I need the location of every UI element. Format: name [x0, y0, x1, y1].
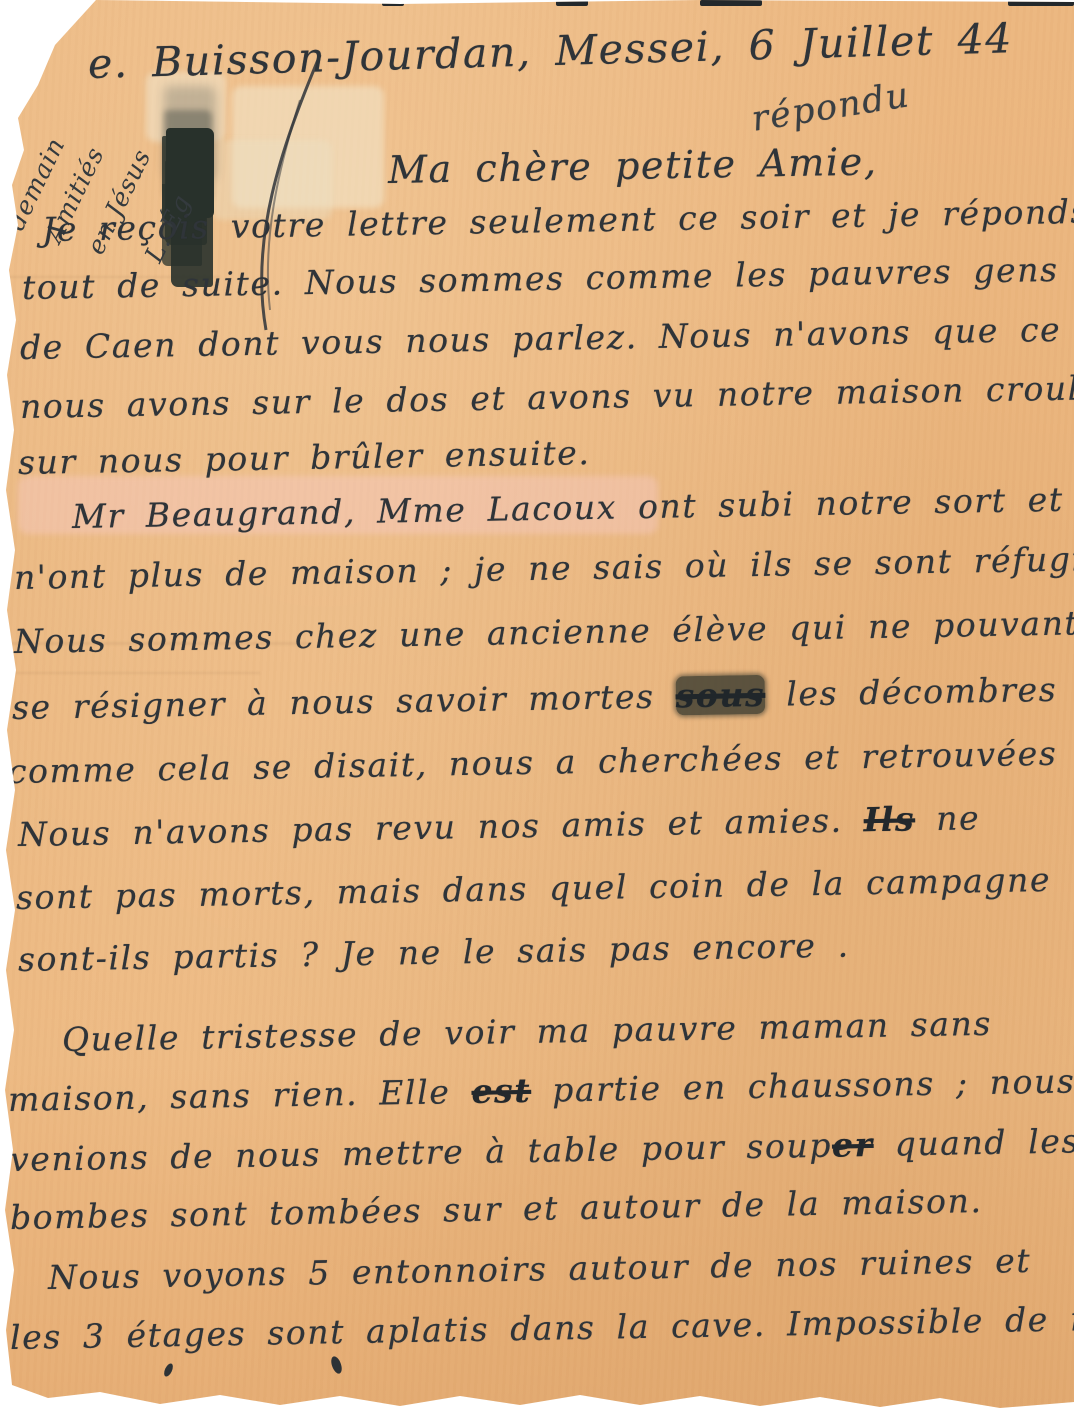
letter-line: nous avons sur le dos et avons vu notre … — [20, 368, 1074, 426]
struck-word: sous — [675, 675, 765, 716]
line-segment: quand les — [873, 1121, 1074, 1164]
letter-paper: demain Amitiés en Jésus L. Ég e. Buisson… — [0, 0, 1074, 1419]
letter-line: venions de nous mettre à table pour soup… — [10, 1121, 1074, 1179]
line-segment: maison, sans rien. Elle — [8, 1072, 472, 1119]
overwritten-word: er — [832, 1125, 874, 1165]
letter-line: sont-ils partis ? Je ne le sais pas enco… — [18, 925, 850, 979]
line-segment: les décombres — [765, 670, 1058, 714]
letter-line: n'ont plus de maison ; je ne sais où ils… — [14, 539, 1074, 597]
letter-line: sont pas morts, mais dans quel coin de l… — [16, 860, 1052, 917]
heading-dateline: e. Buisson-Jourdan, Messei, 6 Juillet 44 — [87, 14, 1013, 88]
letter-line: sur nous pour brûler ensuite. — [18, 433, 591, 482]
scan-streak — [0, 672, 260, 674]
line-segment: ne — [915, 798, 981, 838]
scan-artifact-mark — [382, 0, 404, 6]
line-segment: se résigner à nous savoir mortes — [12, 676, 676, 727]
scan-artifact-mark — [1008, 0, 1074, 6]
letter-line: Nous n'avons pas revu nos amis et amies.… — [18, 798, 981, 854]
overwritten-word: est — [471, 1071, 531, 1111]
salutation: Ma chère petite Amie, — [388, 139, 878, 192]
ink-speck — [329, 1355, 344, 1375]
line-segment: venions de nous mettre à table pour soup — [10, 1126, 833, 1179]
reply-annotation: répondu — [749, 75, 913, 139]
scan-artifact-mark — [700, 0, 762, 6]
letter-line: Nous sommes chez une ancienne élève qui … — [14, 603, 1074, 661]
letter-line: maison, sans rien. Elle est partie en ch… — [8, 1061, 1074, 1119]
letter-line: comme cela se disait, nous a cherchées e… — [8, 734, 1058, 791]
ink-speck — [162, 1362, 174, 1378]
line-segment: partie en chaussons ; nous — [531, 1061, 1074, 1109]
line-segment: Nous n'avons pas revu nos amis et amies. — [18, 800, 864, 854]
letter-line: tout de suite. Nous sommes comme les pau… — [22, 250, 1059, 307]
letter-line: bombes sont tombées sur et autour de la … — [10, 1181, 983, 1237]
letter-line: les 3 étages sont aplatis dans la cave. … — [10, 1298, 1074, 1357]
scan-artifact-mark — [556, 0, 588, 6]
letter-line: se résigner à nous savoir mortes sous le… — [12, 670, 1058, 727]
letter-line: Quelle tristesse de voir ma pauvre maman… — [62, 1004, 993, 1059]
scanned-letter-page: demain Amitiés en Jésus L. Ég e. Buisson… — [0, 0, 1074, 1419]
letter-line: Nous voyons 5 entonnoirs autour de nos r… — [48, 1241, 1032, 1297]
overwritten-word: Ils — [863, 799, 915, 839]
letter-line: de Caen dont vous nous parlez. Nous n'av… — [20, 308, 1074, 367]
